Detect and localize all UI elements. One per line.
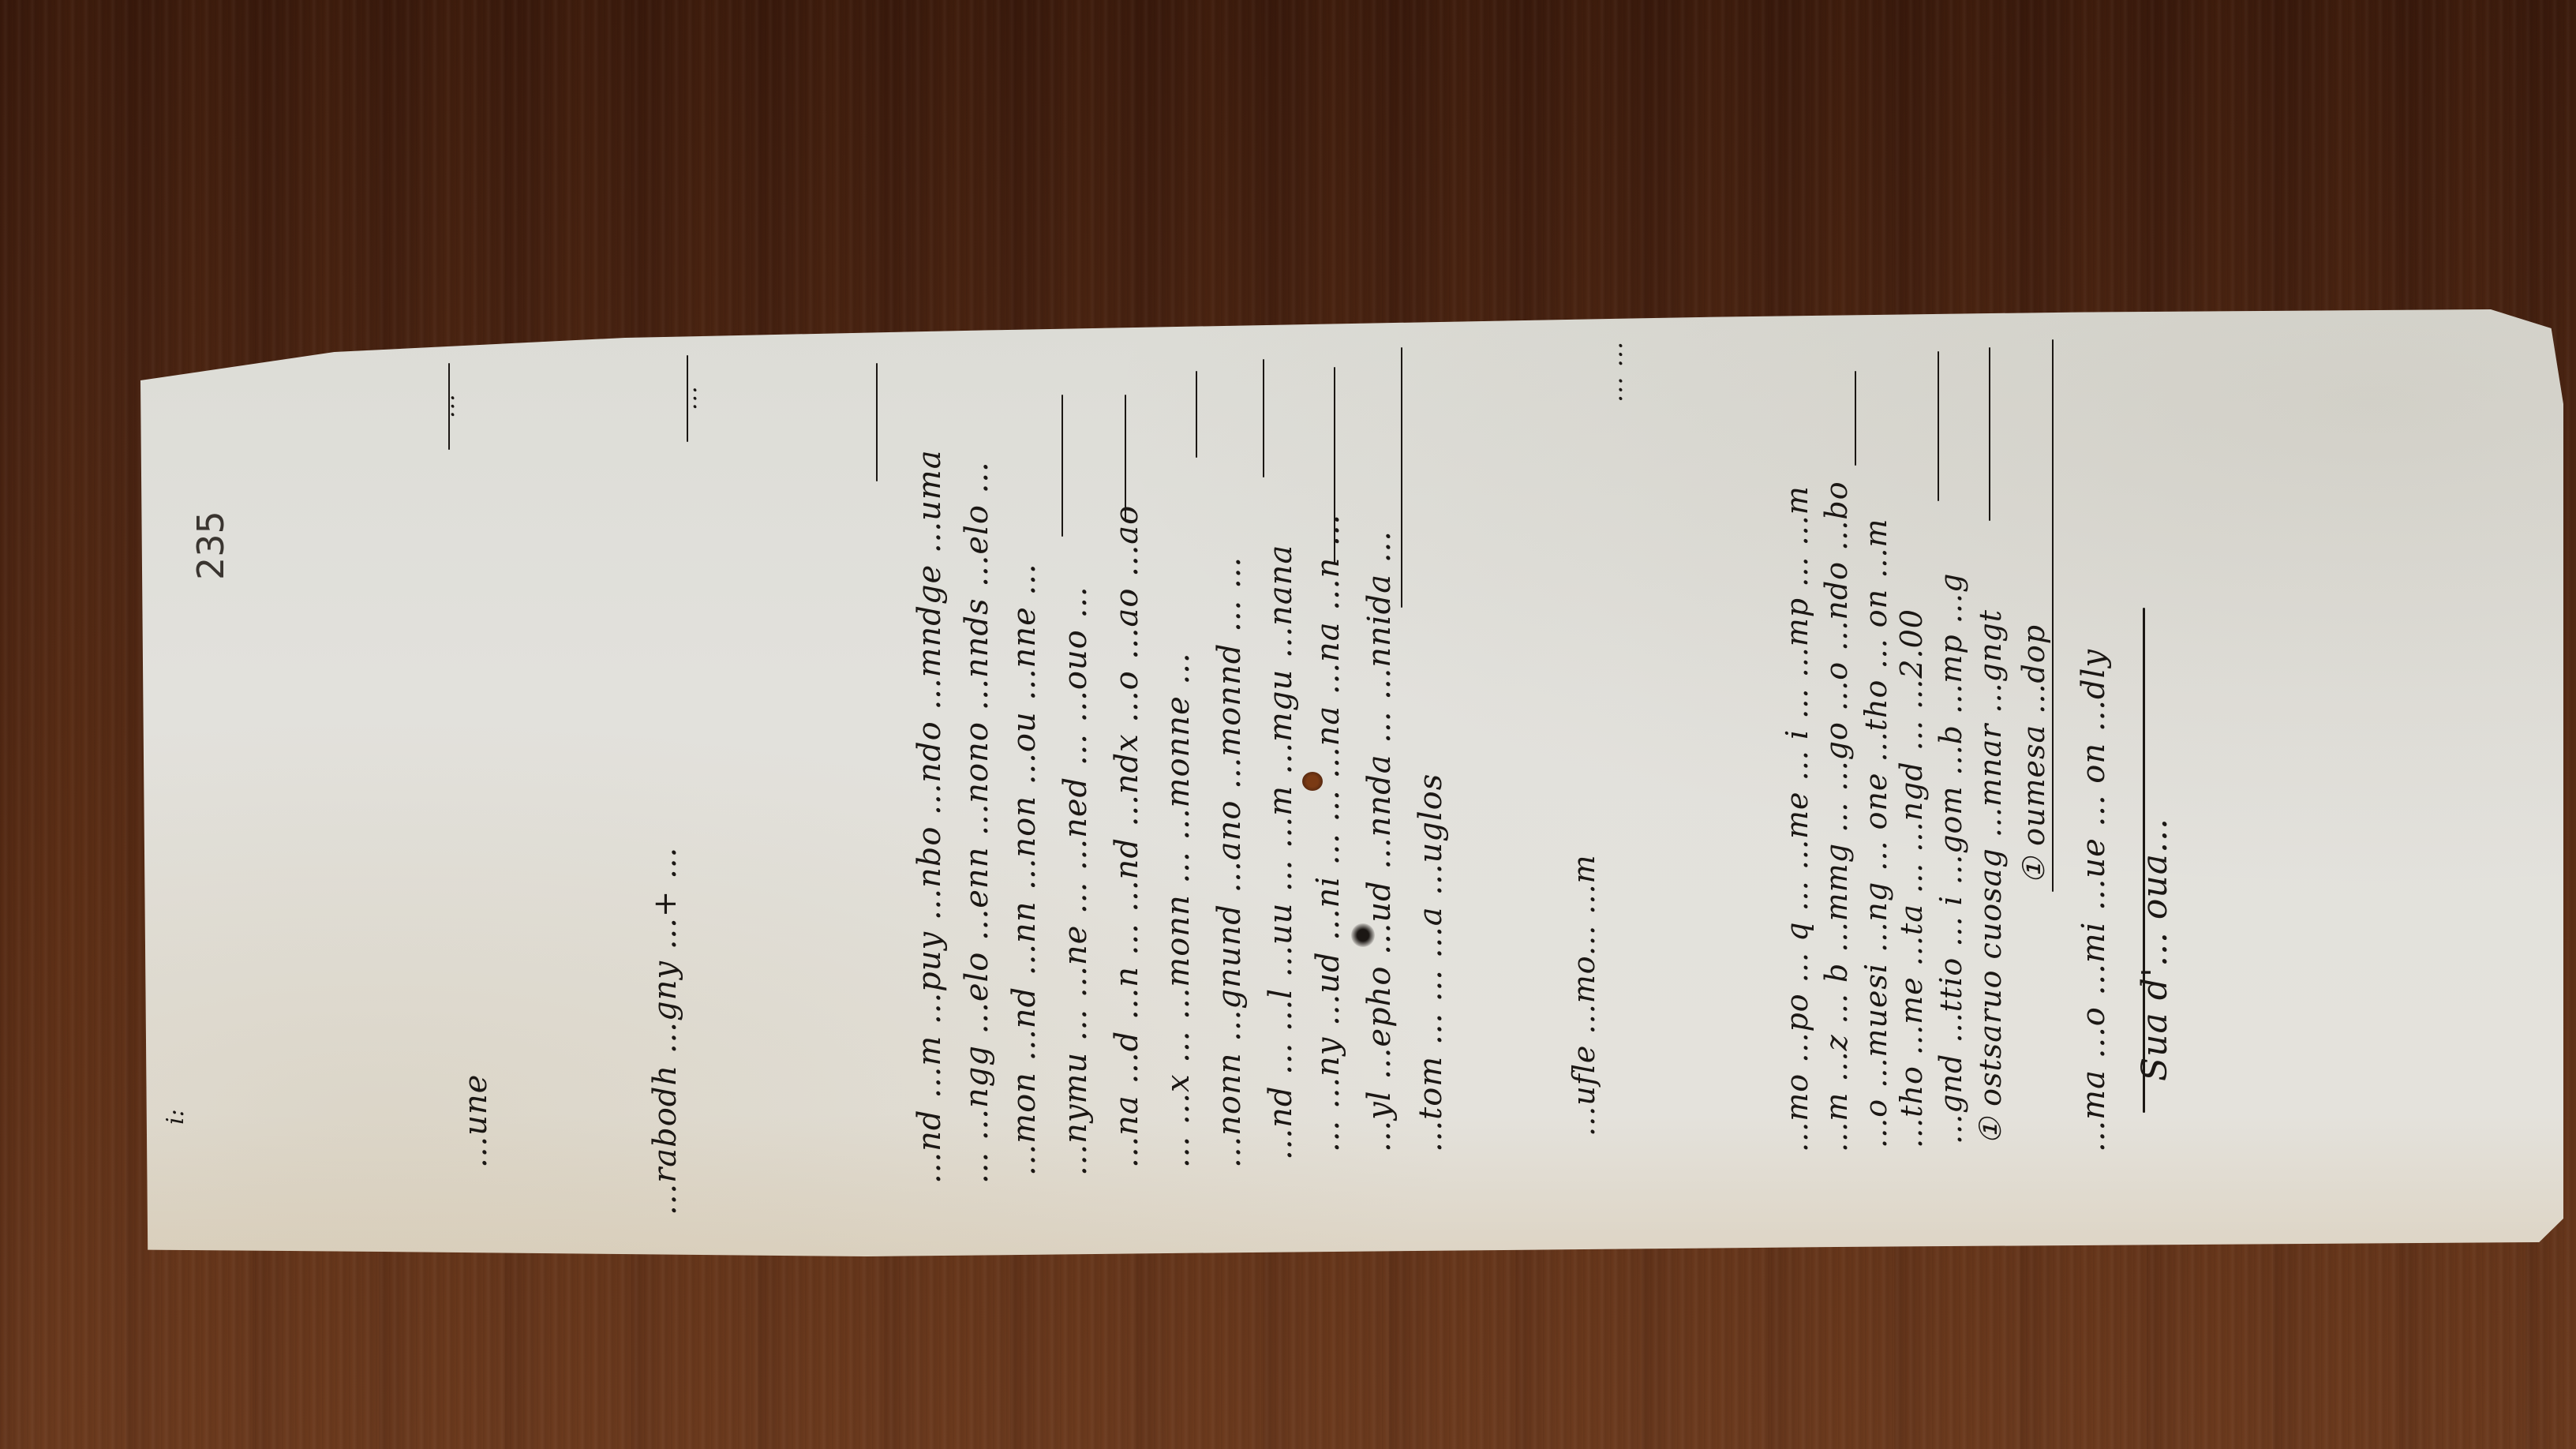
lower-line-10: ... ...ngg ...elo ...enn ...nono ...nnds… bbox=[959, 461, 995, 1184]
signature-line: ...rabodh ...gny ...+ ... bbox=[647, 847, 683, 1215]
lower-flourish-5 bbox=[1125, 395, 1126, 521]
upper-line-4: ...tho ...me ...ta ... ...ngd ... ...2.0… bbox=[1894, 608, 1929, 1148]
left-mark-2: ... bbox=[675, 385, 702, 410]
ink-blot bbox=[1351, 923, 1375, 947]
lower-line-9: ...mon ...nd ...nn ...non ...ou ...nne .… bbox=[1006, 563, 1043, 1176]
lower-flourish-2 bbox=[1334, 367, 1335, 564]
left-flourish-2 bbox=[687, 355, 688, 442]
upper-line-5: ...o ...muesi ...ng ... one ...tho ... o… bbox=[1859, 519, 1893, 1148]
lower-line-3: ... ...ny ...ud ...ni ... ... ...na ...n… bbox=[1310, 514, 1346, 1152]
lower-line-8: ...nymu ... ...ne ... ...ned ... ...ouo … bbox=[1058, 586, 1094, 1176]
upper-flourish-1 bbox=[2052, 339, 2054, 892]
lower-flourish-7 bbox=[876, 363, 878, 481]
left-mark-1: ... bbox=[432, 393, 460, 418]
upper-flourish-4 bbox=[1855, 371, 1856, 466]
manuscript-page bbox=[140, 309, 2563, 1256]
margin-mark: i: bbox=[162, 1109, 189, 1125]
lower-line-4: ...nd ... ...l ...uu ... ...m ...mgu ...… bbox=[1263, 545, 1299, 1160]
upper-line-1: ① oumesa ...dop bbox=[2016, 624, 2051, 884]
lower-line-5: ...nonn ...gnund ...ano ...monnd ... ... bbox=[1211, 556, 1248, 1168]
left-flourish-1 bbox=[448, 363, 450, 450]
lower-flourish-3 bbox=[1263, 359, 1264, 477]
upper-line-7: ...mo ...po ... q ... ...me ... i ... ..… bbox=[1780, 485, 1814, 1152]
lower-line-11: ...nd ...m ...puy ...nbo ...ndo ...mndge… bbox=[912, 449, 948, 1184]
upper-flourish-3 bbox=[1938, 351, 1939, 501]
short-mark-1: ... ... bbox=[1598, 341, 1628, 402]
folio-number: 235 bbox=[189, 511, 232, 580]
short-mark-2: ...ufle ...mo... ...m bbox=[1567, 854, 1601, 1136]
upper-flourish-2 bbox=[1989, 347, 1990, 521]
lower-line-7: ...na ...d ...n ... ...nd ...ndx ...o ..… bbox=[1109, 505, 1145, 1168]
lower-line-1: ...tom ... ... ...a ...uglos bbox=[1413, 773, 1449, 1152]
header-flourish bbox=[2143, 608, 2145, 1113]
header-line-2: ...ma ...o ...mi ...ue ... on ...dly bbox=[2076, 649, 2112, 1152]
signature-mark: ...une bbox=[458, 1074, 494, 1168]
upper-line-6: ...m ...z ... b ...mmg ... ...go ...o ..… bbox=[1819, 481, 1854, 1152]
lower-flourish-4 bbox=[1196, 371, 1197, 458]
header-line-1: Sua d'... oua... bbox=[2135, 818, 2175, 1081]
lower-line-2: ...yl ...epho ...ud ...nnda ... ...nnida… bbox=[1361, 530, 1398, 1152]
wormhole bbox=[1302, 772, 1323, 791]
lower-flourish-1 bbox=[1401, 347, 1402, 608]
lower-flourish-6 bbox=[1061, 395, 1063, 537]
upper-line-3: ...gnd ...ttio ... i ...gom ...b ...mp .… bbox=[1934, 573, 1968, 1144]
lower-line-6: ... ...x ... ...monn ... ...monne ... bbox=[1160, 652, 1196, 1168]
upper-line-2: ① ostsaruo cuosag ...mnar ...gngt bbox=[1973, 609, 2008, 1144]
